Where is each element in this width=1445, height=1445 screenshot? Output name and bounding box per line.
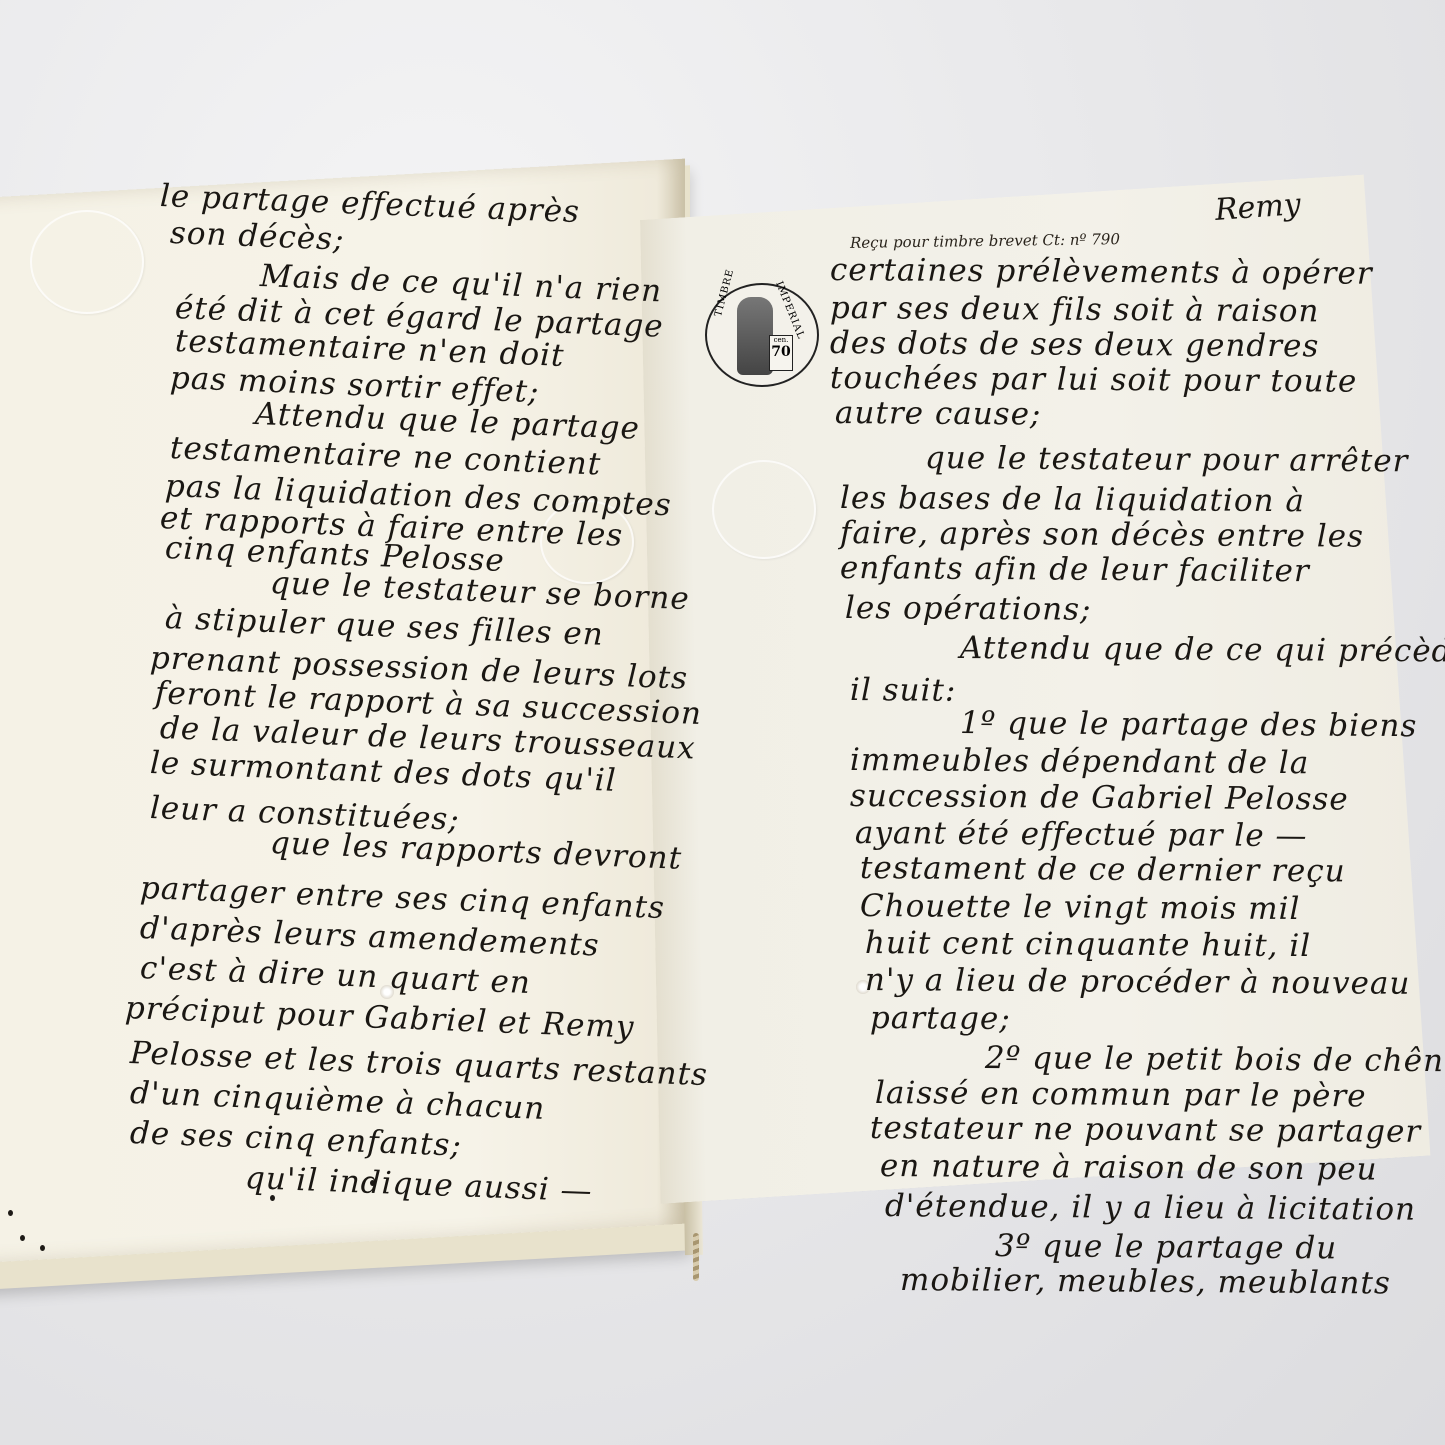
stamp-denomination: cen. 70 xyxy=(769,335,793,371)
text-line: il suit: xyxy=(850,672,957,709)
text-line: en nature à raison de son peu xyxy=(880,1148,1378,1187)
text-line: les bases de la liquidation à xyxy=(840,480,1305,519)
text-line: des dots de ses deux gendres xyxy=(830,325,1320,364)
text-line: mobilier, meubles, meublants xyxy=(900,1262,1391,1301)
text-line: partage; xyxy=(870,1000,1011,1037)
text-line: d'étendue, il y a lieu à licitation xyxy=(885,1188,1416,1228)
text-line: huit cent cinquante huit, il xyxy=(865,925,1311,964)
embossed-seal-left xyxy=(30,210,144,314)
text-line: touchées par lui soit pour toute xyxy=(830,360,1358,400)
text-line: par ses deux fils soit à raison xyxy=(830,290,1320,329)
text-line: n'y a lieu de procéder à nouveau xyxy=(865,962,1411,1002)
imperial-tax-stamp: TIMBRE IMPERIAL cen. 70 xyxy=(705,283,819,387)
receipt-header-note: Reçu pour timbre brevet Ct: nº 790 xyxy=(850,230,1120,252)
stamp-denomination-value: 70 xyxy=(770,344,792,360)
open-document-book: le partage effectué après son décès; Mai… xyxy=(0,0,1445,1445)
text-line: laissé en commun par le père xyxy=(875,1075,1367,1114)
text-line: faire, après son décès entre les xyxy=(840,515,1364,555)
justice-figure-icon xyxy=(737,297,773,375)
stamp-denomination-label: cen. xyxy=(770,336,792,344)
embossed-seal-right xyxy=(712,460,816,559)
ink-spot xyxy=(8,1210,13,1216)
text-line: enfants afin de leur faciliter xyxy=(840,550,1310,589)
text-line: testament de ce dernier reçu xyxy=(860,850,1346,889)
text-line: 1º que le partage des biens xyxy=(960,705,1418,744)
text-line: testateur ne pouvant se partager xyxy=(870,1110,1421,1150)
text-line: autre cause; xyxy=(835,395,1042,432)
text-line: immeubles dépendant de la xyxy=(850,742,1310,781)
text-line: les opérations; xyxy=(845,590,1092,628)
text-line: son décès; xyxy=(169,215,345,258)
text-line: succession de Gabriel Pelosse xyxy=(850,778,1349,817)
text-line: Attendu que de ce qui précède xyxy=(960,630,1445,670)
text-line: Chouette le vingt mois mil xyxy=(860,888,1301,927)
ink-spot xyxy=(40,1245,45,1251)
signature: Remy xyxy=(1214,187,1302,228)
text-line: que le testateur pour arrêter xyxy=(925,440,1409,479)
text-line: ayant été effectué par le — xyxy=(855,815,1308,854)
text-line: 3º que le partage du xyxy=(995,1228,1337,1266)
binding-thread xyxy=(693,1233,699,1281)
text-line: 2º que le petit bois de chêne xyxy=(985,1040,1445,1079)
text-line: certaines prélèvements à opérer xyxy=(830,252,1373,292)
ink-spot xyxy=(20,1235,25,1241)
